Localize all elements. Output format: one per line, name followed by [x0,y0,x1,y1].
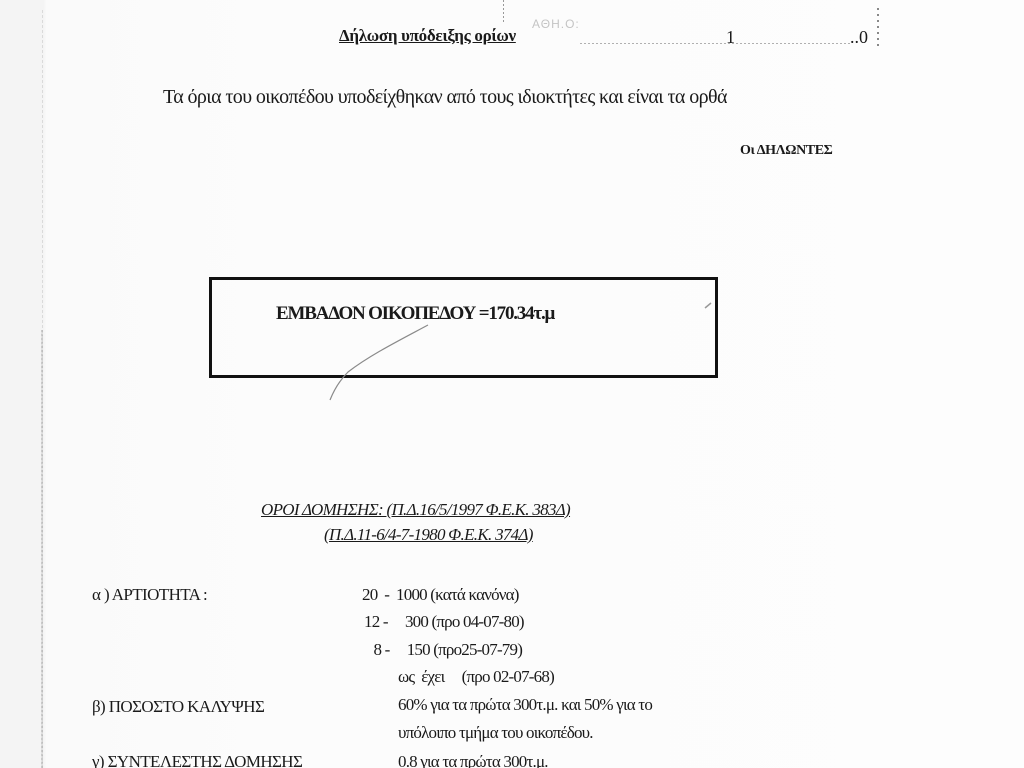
term-value-lot-size-2: 12 - 300 (προ 04-07-80) [364,612,524,632]
plot-area-text: ΕΜΒΑΔΟΝ ΟΙΚΟΠΕΔΟΥ =170.34τ.μ [276,303,554,325]
term-label-lot-size: α ) ΑΡΤΙΟΤΗΤΑ : [92,585,207,605]
term-value-coverage-2: υπόλοιπο τμήμα του οικοπέδου. [398,723,593,743]
term-value-coverage-1: 60% για τα πρώτα 300τ.μ. και 50% για το [398,695,652,715]
term-value-building-factor-1: 0.8 για τα πρώτα 300τ.μ. [398,752,548,768]
plot-area-box [209,277,718,378]
term-value-lot-size-3: 8 - 150 (προ25-07-79) [370,640,522,660]
boundary-statement: Τα όρια του οικοπέδου υποδείχθηκαν από τ… [163,86,727,109]
stamp-border-right [877,8,879,46]
term-label-building-factor: γ) ΣΥΝΤΕΛΕΣΤΗΣ ΔΟΜΗΣΗΣ [92,752,302,768]
stamp-border-left [503,0,504,22]
title-handwritten-number-2: ..0 [850,27,868,48]
plot-area-unit: τ.μ [533,303,554,324]
scanned-document-page: ΑΘΗ.Ο: Δήλωση υπόδειξης ορίων 1 ..0 Τα ό… [0,0,1024,768]
faded-stamp-text: ΑΘΗ.Ο: [532,17,580,31]
title-handwritten-number-1: 1 [726,27,735,48]
term-value-lot-size-1: 20 - 1000 (κατά κανόνα) [362,585,519,605]
term-label-coverage: β) ΠΟΣΟΣΤΟ ΚΑΛΥΨΗΣ [92,697,264,717]
building-terms-title: ΟΡΟΙ ΔΟΜΗΣΗΣ: (Π.Δ.16/5/1997 Φ.Ε.Κ. 383Δ… [261,500,570,520]
building-terms-subtitle: (Π.Δ.11-6/4-7-1980 Φ.Ε.Κ. 374Δ) [324,525,533,545]
page-edge-shadow [41,330,43,768]
dotted-fill-line [580,43,850,44]
plot-area-value: 170.34 [488,303,533,324]
plot-area-equals: = [479,303,489,324]
plot-area-label: ΕΜΒΑΔΟΝ ΟΙΚΟΠΕΔΟΥ [276,303,475,324]
signers-label: Οι ΔΗΛΩΝΤΕΣ [740,143,832,159]
document-title: Δήλωση υπόδειξης ορίων [339,26,516,46]
term-value-lot-size-4: ως έχει (προ 02-07-68) [398,667,554,687]
